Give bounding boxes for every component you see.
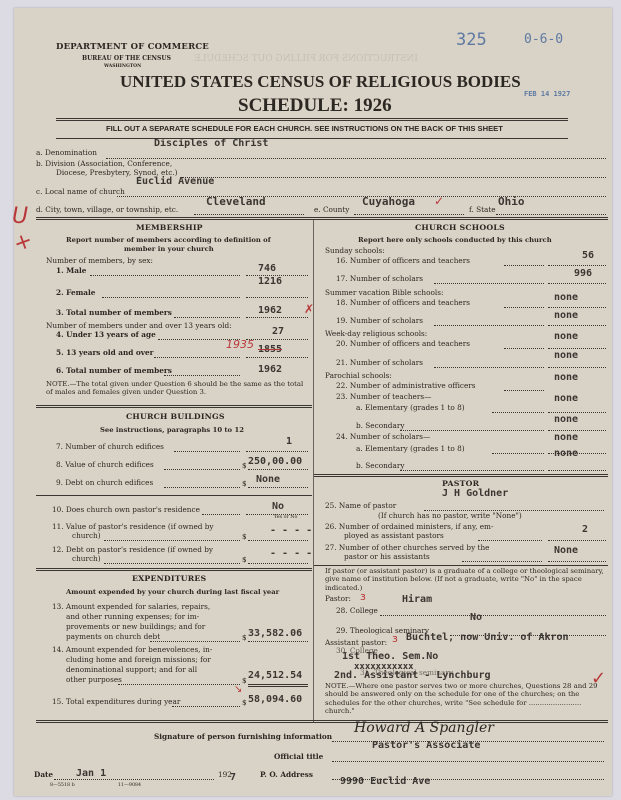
denomination-line: [106, 158, 606, 159]
over-13-field[interactable]: 1855: [258, 344, 282, 355]
q28-label: 28. College: [336, 606, 378, 615]
q14-currency: $: [242, 676, 247, 685]
county-field[interactable]: Cuyahoga: [362, 195, 415, 208]
q21-answer-line: [548, 367, 606, 368]
q20-line: [504, 348, 544, 349]
city-label-field: d. City, town, village, or township, etc…: [36, 205, 178, 214]
q23b-field[interactable]: none: [554, 414, 578, 425]
county-line: [354, 214, 464, 215]
q20-label: 20. Number of officers and teachers: [336, 339, 470, 348]
total-members-label: 3. Total number of members: [56, 308, 172, 317]
q17-field[interactable]: 996: [574, 268, 592, 279]
q26-line: [478, 540, 542, 541]
q13-answer-line: [248, 641, 308, 642]
total-members-6-line: [164, 375, 240, 376]
q18-field[interactable]: none: [554, 292, 578, 303]
q13-line-1: 13. Amount expended for salaries, repair…: [52, 602, 210, 611]
form-title: UNITED STATES CENSUS OF RELIGIOUS BODIES: [120, 72, 521, 92]
q14-line-4: other purposes: [66, 675, 122, 684]
q24b-label: b. Secondary: [356, 461, 404, 470]
sunday-schools-label: Sunday schools:: [325, 246, 385, 255]
owns-residence-label: 10. Does church own pastor's residence: [52, 505, 200, 514]
q19-field[interactable]: none: [554, 310, 578, 321]
edifices-debt-currency: $: [242, 479, 247, 488]
by-sex-label: Number of members, by sex:: [46, 256, 153, 265]
denomination-field[interactable]: Disciples of Christ: [154, 138, 268, 149]
q15-line: [172, 706, 240, 707]
q23b-line: [400, 430, 544, 431]
edifices-count-answer-line: [246, 451, 308, 452]
form-number: 8—5518 b: [50, 783, 75, 788]
q14-answer-line: [248, 684, 308, 687]
q24a-label: a. Elementary (grades 1 to 8): [356, 444, 465, 453]
q13-amount-field[interactable]: 33,582.06: [248, 628, 302, 639]
q24a-field[interactable]: none: [554, 448, 578, 459]
margin-mark-u: U: [12, 204, 28, 229]
residence-value-label: 11. Value of pastor's residence (if owne…: [52, 522, 214, 531]
residence-debt-label-2: church): [72, 554, 101, 563]
edifices-count-field[interactable]: 1: [286, 436, 292, 447]
edifices-count-label: 7. Number of church edifices: [56, 442, 164, 451]
buildings-mid-divider: [36, 495, 312, 496]
q16-answer-line: [548, 265, 606, 266]
q27-line-2: pastor or his assistants: [344, 552, 430, 561]
yes-no-hint: Yes or No: [274, 515, 297, 520]
q23b-label: b. Secondary: [356, 421, 404, 430]
over-13-label: 5. 13 years old and over: [56, 348, 154, 357]
over-13-line: [154, 357, 240, 358]
pastor-title: PASTOR: [442, 479, 479, 488]
q17-label: 17. Number of scholars: [336, 274, 423, 283]
q24b-line: [400, 470, 544, 471]
q28-line: [380, 615, 606, 616]
q26-field[interactable]: 2: [582, 524, 588, 535]
q14-line-2: cluding home and foreign missions; for: [66, 655, 211, 664]
graduate-note: If pastor (or assistant pastor) is a gra…: [325, 567, 607, 592]
over-13-answer-line: [246, 357, 308, 358]
q24-label: 24. Number of scholars—: [336, 432, 430, 441]
state-label: f. State: [469, 205, 496, 214]
edifices-debt-label: 9. Debt on church edifices: [56, 478, 153, 487]
local-name-field[interactable]: Euclid Avenue: [136, 176, 214, 187]
q21-label: 21. Number of scholars: [336, 358, 423, 367]
residence-debt-label: 12. Debt on pastor's residence (if owned…: [52, 545, 213, 554]
banner-divider: [56, 138, 568, 139]
q23a-label: a. Elementary (grades 1 to 8): [356, 403, 465, 412]
q14-line-3: denominational support; and for all: [66, 665, 197, 674]
by-age-label: Number of members under and over 13 year…: [46, 321, 232, 330]
pastor-red-mark: ɜ: [360, 590, 366, 603]
official-title-label: Official title: [274, 752, 323, 761]
buildings-divider: [36, 568, 312, 571]
q14-line-1: 14. Amount expended for benevolences, in…: [52, 645, 212, 654]
edifices-value-field[interactable]: 250,00.00: [248, 456, 302, 467]
edifices-value-label: 8. Value of church edifices: [56, 460, 154, 469]
residence-value-field[interactable]: - - - -: [270, 525, 312, 536]
q24b-answer-line: [548, 470, 606, 471]
year-field[interactable]: 7: [230, 772, 236, 783]
membership-divider: [36, 405, 312, 408]
assistant-college-field[interactable]: Buchtel, now Univ. of Akron: [406, 632, 569, 643]
residence-debt-answer-line: [248, 563, 308, 564]
q16-line: [504, 265, 544, 266]
q18-line: [504, 307, 544, 308]
date-line: [54, 779, 214, 780]
census-schedule-page: DEPARTMENT OF COMMERCE BUREAU OF THE CEN…: [14, 8, 612, 796]
expenditures-title: EXPENDITURES: [132, 574, 206, 583]
under-13-label: 4. Under 13 years of age: [56, 330, 156, 339]
q13-line-4: payments on church debt: [66, 632, 160, 641]
q22-field[interactable]: none: [554, 372, 578, 383]
total-members-6-field[interactable]: 1962: [258, 364, 282, 375]
edifices-debt-answer-line: [248, 487, 308, 488]
q26-line-1: 26. Number of ordained ministers, if any…: [325, 522, 493, 531]
q21-field[interactable]: none: [554, 350, 578, 361]
signature-field[interactable]: Howard A Spangler: [354, 720, 494, 736]
q19-line: [434, 325, 544, 326]
pastor-divider: [314, 565, 608, 566]
signature-label: Signature of person furnishing informati…: [154, 732, 332, 741]
schedule-title: SCHEDULE: 1926: [238, 95, 392, 117]
membership-title: MEMBERSHIP: [136, 223, 203, 232]
city-line: [194, 214, 304, 215]
identity-divider: [36, 217, 608, 220]
schools-title: CHURCH SCHOOLS: [415, 223, 505, 232]
schools-divider: [314, 474, 608, 477]
membership-subtitle-2: member in your church: [124, 245, 214, 253]
pastor-note: NOTE.—Where one pastor serves two or mor…: [325, 682, 607, 716]
buildings-title: CHURCH BUILDINGS: [126, 412, 225, 421]
total-members-6-label: 6. Total number of members: [56, 366, 172, 375]
po-address-field[interactable]: 9990 Euclid Ave: [340, 776, 430, 787]
weekday-schools-label: Week-day religious schools:: [325, 329, 427, 338]
second-assistant-field[interactable]: 2nd. Assistant - Lynchburg: [334, 670, 491, 681]
state-line: [496, 214, 606, 215]
q13-line: [150, 641, 240, 642]
date-field[interactable]: Jan 1: [76, 768, 106, 779]
q16-label: 16. Number of officers and teachers: [336, 256, 470, 265]
edifices-count-line: [174, 451, 240, 452]
total-members-field[interactable]: 1962: [258, 305, 282, 316]
division-label: b. Division (Association, Conference,: [36, 159, 172, 168]
residence-value-label-2: church): [72, 531, 101, 540]
bureau-label: BUREAU OF THE CENSUS: [82, 55, 171, 62]
department-label: DEPARTMENT OF COMMERCE: [56, 42, 209, 52]
q27-answer-line: [548, 561, 606, 562]
q17-line: [434, 283, 544, 284]
edifices-value-line: [164, 469, 240, 470]
expenditures-subtitle: Amount expended by your church during la…: [66, 588, 279, 596]
q29-field[interactable]: No: [470, 612, 482, 623]
total-members-line: [174, 317, 240, 318]
margin-mark-plus: +: [10, 228, 36, 258]
assistant-seminary-field[interactable]: 1st Theo. Sem.No: [342, 651, 438, 662]
q26-line-2: ployed as assistant pastors: [344, 531, 444, 540]
q21-line: [434, 367, 544, 368]
q16-field[interactable]: 56: [582, 250, 594, 261]
q22-line: [504, 390, 544, 391]
female-label: 2. Female: [56, 288, 95, 297]
q14-line: [118, 684, 240, 685]
residence-value-answer-line: [248, 540, 308, 541]
q27-field[interactable]: None: [554, 545, 578, 556]
total-members-check: ✗: [304, 302, 314, 316]
q18-answer-line: [548, 307, 606, 308]
division-line: [182, 177, 606, 178]
female-count-field[interactable]: 1216: [258, 276, 282, 287]
q15-label: 15. Total expenditures during year: [52, 697, 180, 706]
edifices-value-answer-line: [248, 469, 308, 470]
buildings-subtitle: See instructions, paragraphs 10 to 12: [100, 426, 244, 434]
q24-field[interactable]: none: [554, 432, 578, 443]
under-13-answer-line: [246, 339, 308, 340]
q15-currency: $: [242, 698, 247, 707]
q19-label: 19. Number of scholars: [336, 316, 423, 325]
q15-total-field[interactable]: 58,094.60: [248, 694, 302, 705]
q20-answer-line: [548, 348, 606, 349]
q19-answer-line: [548, 325, 606, 326]
pastor-college-heading: Pastor:: [325, 594, 351, 603]
membership-note: NOTE.—The total given under Question 6 s…: [46, 380, 308, 397]
stamp-number: 325: [456, 30, 487, 50]
total-members-answer-line: [246, 317, 308, 318]
owns-residence-line: [202, 514, 240, 515]
local-name-label: c. Local name of church: [36, 187, 125, 196]
male-line: [90, 275, 240, 276]
under-13-field[interactable]: 27: [272, 326, 284, 337]
q28-field[interactable]: Hiram: [402, 594, 432, 605]
q23b-answer-line: [548, 430, 606, 431]
note-check-mark: ✓: [591, 668, 606, 689]
county-label: e. County: [314, 205, 349, 214]
membership-subtitle: Report number of members according to de…: [66, 236, 271, 244]
q26-answer-line: [548, 540, 606, 541]
q13-line-2: and other running expenses; for im-: [66, 612, 199, 621]
q13-currency: $: [242, 633, 247, 642]
city-label: WASHINGTON: [104, 64, 141, 69]
column-divider: [313, 220, 314, 723]
q22-label: 22. Number of administrative officers: [336, 381, 476, 390]
owns-residence-field[interactable]: No: [272, 501, 284, 512]
received-date-stamp: FEB 14 1927: [524, 90, 570, 98]
q25-label: 25. Name of pastor: [325, 501, 396, 510]
q27-line-1: 27. Number of other churches served by t…: [325, 543, 489, 552]
parochial-schools-label: Parochial schools:: [325, 371, 392, 380]
residence-value-line: [104, 540, 240, 541]
schools-subtitle: Report here only schools conducted by th…: [358, 236, 552, 244]
date-label: Date: [34, 770, 53, 779]
residence-debt-field[interactable]: - - - -: [270, 548, 312, 559]
female-line: [102, 297, 240, 298]
q23a-field[interactable]: none: [554, 393, 578, 404]
edifices-debt-line: [164, 487, 240, 488]
female-answer-line: [246, 297, 308, 298]
official-title-line: [332, 761, 604, 762]
edifices-value-currency: $: [242, 461, 247, 470]
pastor-name-field[interactable]: J H Goldner: [442, 488, 508, 499]
residence-debt-line: [104, 563, 240, 564]
q23a-line: [492, 412, 544, 413]
official-title-field[interactable]: Pastor's Associate: [372, 740, 480, 751]
q25-hint: (If church has no pastor, write "None"): [378, 511, 522, 520]
q14-amount-field[interactable]: 24,512.54: [248, 670, 302, 681]
q18-label: 18. Number of officers and teachers: [336, 298, 470, 307]
po-address-label: P. O. Address: [260, 770, 313, 779]
footer-divider: [36, 720, 608, 723]
county-check-mark: ✓: [434, 194, 444, 208]
header-divider: [56, 118, 568, 121]
q13-line-3: provements or new buildings; and for: [66, 622, 205, 631]
q23a-answer-line: [548, 412, 606, 413]
print-code: 11—9084: [118, 783, 141, 788]
city-field[interactable]: Cleveland: [206, 195, 266, 208]
q23-label: 23. Number of teachers—: [336, 392, 431, 401]
assistant-red-mark: ɜ: [392, 632, 398, 645]
q15-arrow-mark: ↘: [234, 684, 242, 695]
over-13-correction: 1935: [226, 338, 254, 351]
male-label: 1. Male: [56, 266, 86, 275]
q24a-line: [492, 453, 544, 454]
residence-value-currency: $: [242, 532, 247, 541]
instruction-banner: FILL OUT A SEPARATE SCHEDULE FOR EACH CH…: [106, 124, 503, 133]
q27-line: [462, 561, 542, 562]
residence-debt-currency: $: [242, 555, 247, 564]
edifices-debt-field[interactable]: None: [256, 474, 280, 485]
show-through-heading: INSTRUCTIONS FOR FILLING OUT SCHEDULE: [194, 54, 418, 64]
stamp-code: 0-6-0: [524, 32, 563, 47]
denomination-label: a. Denomination: [36, 148, 97, 157]
summer-schools-label: Summer vacation Bible schools:: [325, 288, 443, 297]
state-field[interactable]: Ohio: [498, 195, 525, 208]
q17-answer-line: [548, 283, 606, 284]
q20-field[interactable]: none: [554, 331, 578, 342]
male-count-field[interactable]: 746: [258, 263, 276, 274]
